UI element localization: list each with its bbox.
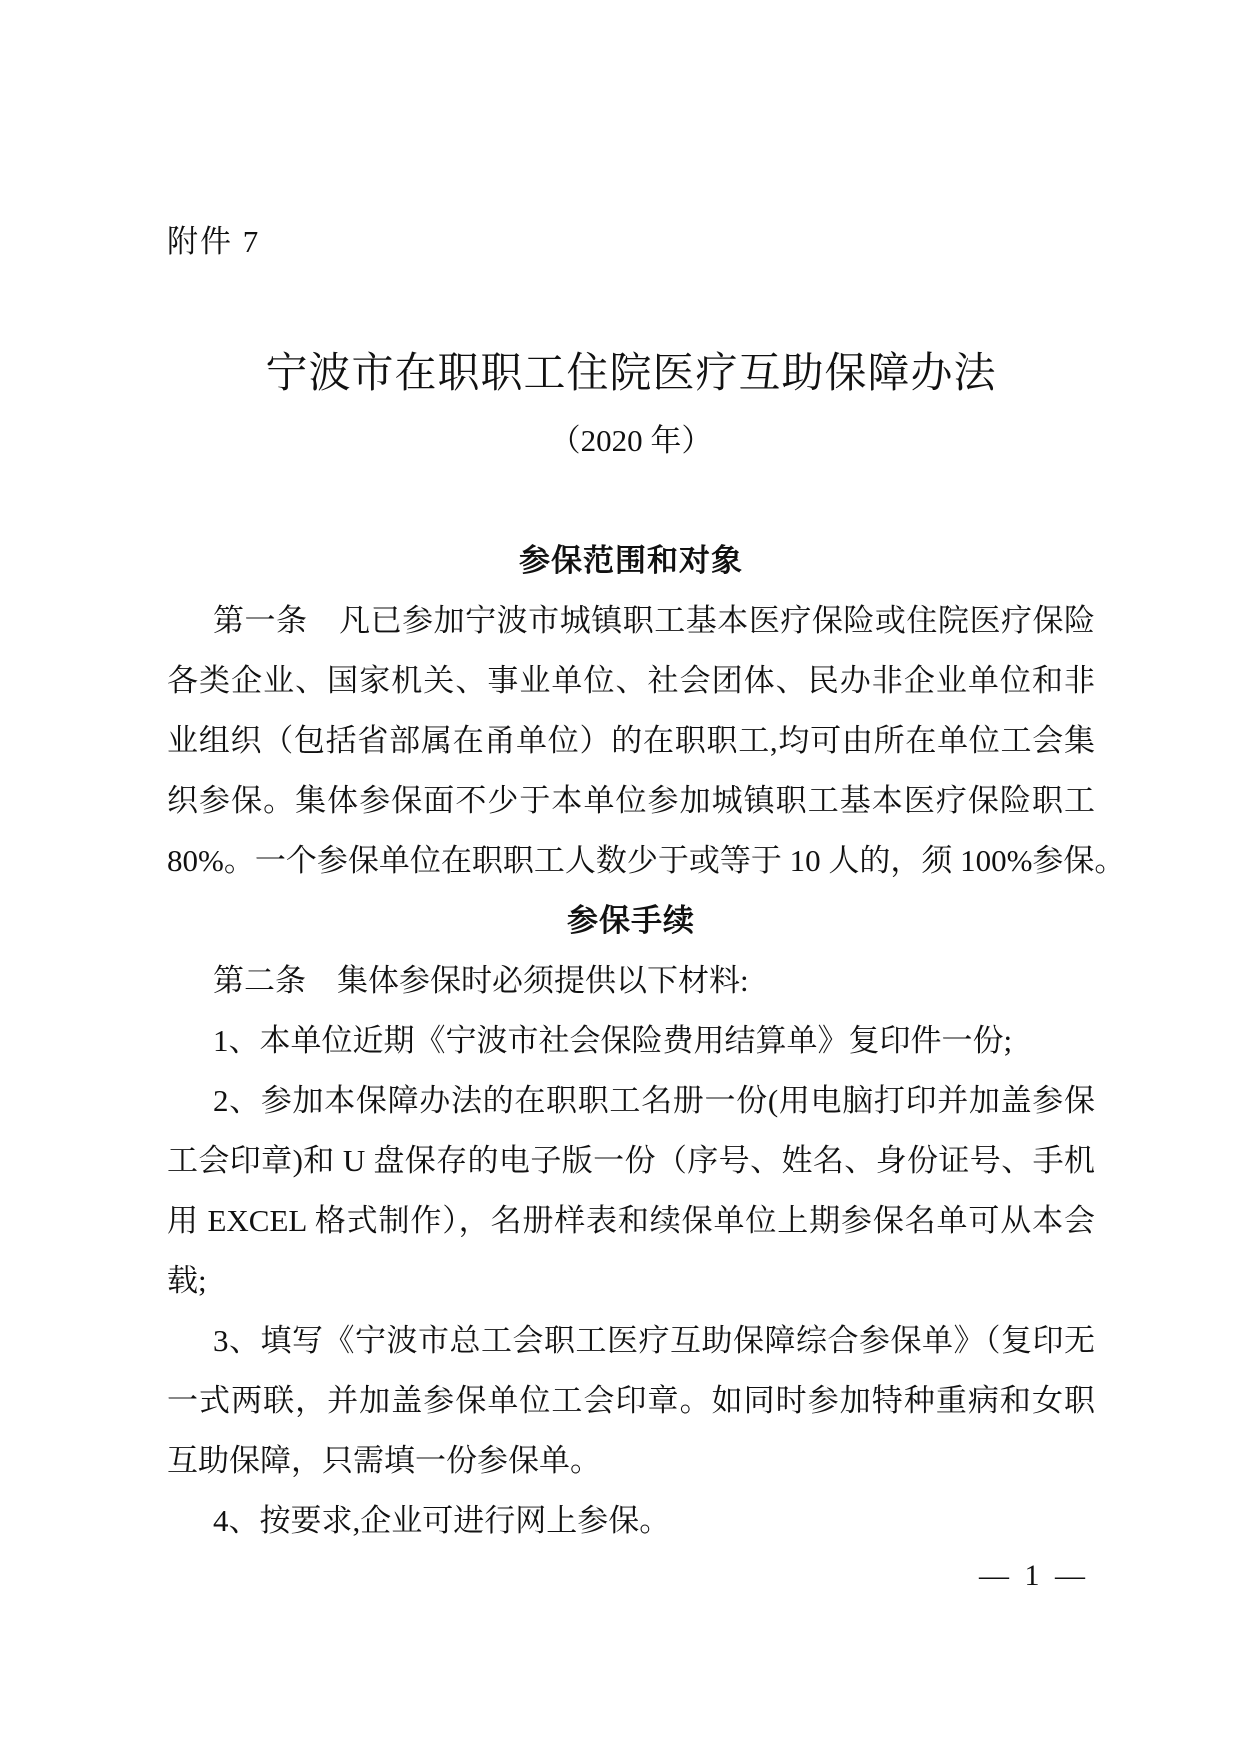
article2-intro-line: 第二条 集体参保时必须提供以下材料:: [167, 951, 1095, 1011]
document-body: 参保范围和对象 第一条 凡已参加宁波市城镇职工基本医疗保险或住院医疗保险的 各类…: [167, 531, 1095, 1551]
attachment-label: 附件 7: [167, 222, 260, 262]
article2-item4-line: 4、按要求,企业可进行网上参保。: [167, 1491, 1095, 1551]
article2-item3-line: 3、填写《宁波市总工会职工医疗互助保障综合参保单》（复印无效）: [167, 1311, 1095, 1371]
article2-item1-line: 1、本单位近期《宁波市社会保险费用结算单》复印件一份;: [167, 1011, 1095, 1071]
article1-line: 第一条 凡已参加宁波市城镇职工基本医疗保险或住院医疗保险的: [167, 591, 1095, 651]
document-year-subtitle: （2020 年）: [167, 420, 1095, 462]
section-heading-scope: 参保范围和对象: [167, 531, 1095, 591]
article1-line: 织参保。集体参保面不少于本单位参加城镇职工基本医疗保险职工总数的: [167, 771, 1095, 831]
article1-line: 80%。一个参保单位在职职工人数少于或等于 10 人的，须 100%参保。: [167, 831, 1095, 891]
document-title: 宁波市在职职工住院医疗互助保障办法: [167, 348, 1095, 400]
article2-item2-line: 工会印章)和 U 盘保存的电子版一份（序号、姓名、身份证号、手机号码: [167, 1131, 1095, 1191]
article2-item3-line: 互助保障，只需填一份参保单。: [167, 1431, 1095, 1491]
section-heading-procedure: 参保手续: [167, 891, 1095, 951]
article2-item2-line: 载;: [167, 1251, 1095, 1311]
article1-line: 各类企业、国家机关、事业单位、社会团体、民办非企业单位和非正规就: [167, 651, 1095, 711]
article2-item2-line: 用 EXCEL 格式制作），名册样表和续保单位上期参保名单可从本会网站下: [167, 1191, 1095, 1251]
article1-line: 业组织（包括省部属在甬单位）的在职职工,均可由所在单位工会集体组: [167, 711, 1095, 771]
page-number: — 1 —: [979, 1556, 1089, 1596]
article2-item2-line: 2、参加本保障办法的在职职工名册一份(用电脑打印并加盖参保单位: [167, 1071, 1095, 1131]
article2-item3-line: 一式两联，并加盖参保单位工会印章。如同时参加特种重病和女职工安康: [167, 1371, 1095, 1431]
document-page: 附件 7 宁波市在职职工住院医疗互助保障办法 （2020 年） 参保范围和对象 …: [0, 0, 1241, 1754]
